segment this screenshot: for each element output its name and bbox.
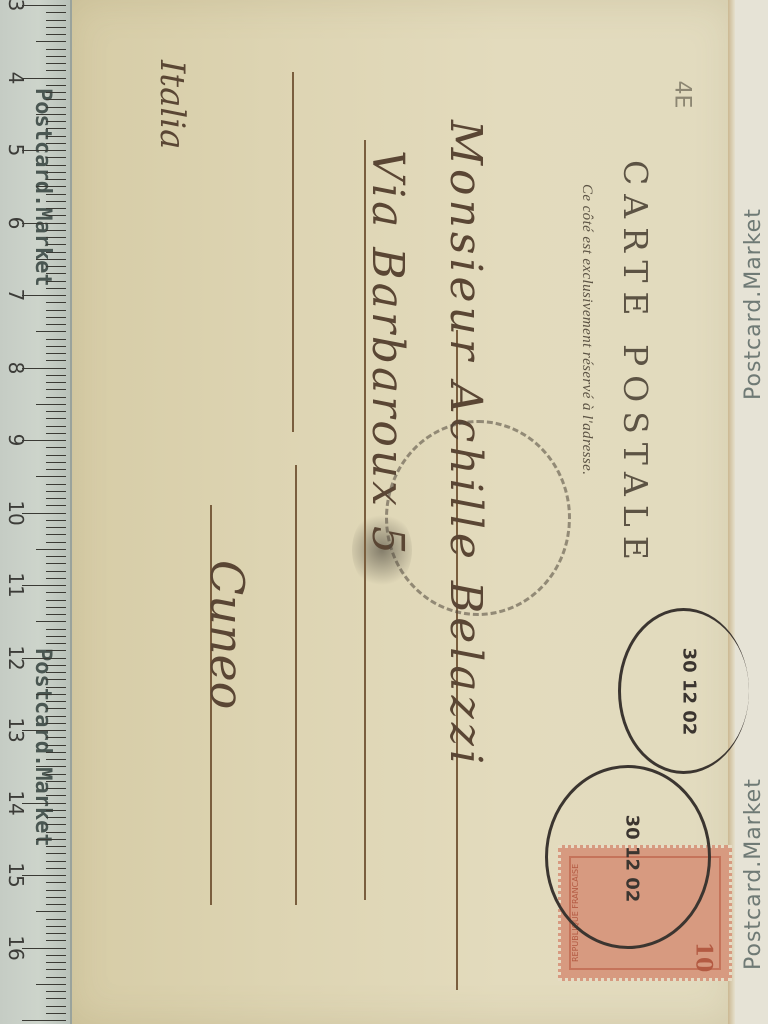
ruler-tick [46, 165, 66, 166]
ruler-tick [46, 607, 66, 608]
ruler-tick [46, 121, 66, 122]
ruler-tick [46, 940, 66, 941]
ruler-tick [46, 556, 66, 557]
watermark-top: Postcard.Market [741, 70, 766, 400]
ruler-number: 8 [4, 354, 28, 382]
ruler-number: 9 [4, 426, 28, 454]
ruler-tick [46, 63, 66, 64]
card-title: CARTE POSTALE [616, 160, 655, 569]
ruler-tick [36, 984, 66, 985]
ruler-tick [46, 846, 66, 847]
ruler-tick [46, 353, 66, 354]
ruler-tick [46, 832, 66, 833]
ruler-brand-top: Postcard.Market [30, 88, 55, 287]
faint-postmark [385, 420, 571, 616]
ruler-number: 7 [4, 281, 28, 309]
ruler-tick [46, 969, 66, 970]
ruler-tick [46, 281, 66, 282]
ruler-tick [46, 310, 66, 311]
ruler-tick [36, 404, 66, 405]
ruler-tick [46, 382, 66, 383]
ruler-tick [46, 85, 66, 86]
ruler-tick [46, 1006, 66, 1007]
ruler-tick [46, 955, 66, 956]
ruler-tick [22, 440, 66, 441]
ruler-tick [46, 244, 66, 245]
card-subtitle: Ce côté est exclusivement réservé à l'ad… [578, 184, 595, 475]
ruler-tick [46, 723, 66, 724]
ruler-tick [46, 302, 66, 303]
ruler-tick [46, 643, 66, 644]
ruler-tick [46, 172, 66, 173]
ruler-tick [46, 107, 66, 108]
ruler-number: 4 [4, 64, 28, 92]
ruler-tick [22, 5, 66, 6]
ruler-tick [36, 41, 66, 42]
ruler-tick [46, 411, 66, 412]
ruler-tick [36, 186, 66, 187]
handwriting-city: Cuneo [200, 560, 254, 709]
ruler-tick [22, 730, 66, 731]
ruler-tick [22, 513, 66, 514]
ruler-number: 3 [4, 0, 28, 19]
ruler-tick [46, 136, 66, 137]
ruler-tick [46, 194, 66, 195]
ruler-tick [46, 426, 66, 427]
ruler-tick [46, 861, 66, 862]
ruler-tick [46, 716, 66, 717]
ruler-tick [46, 781, 66, 782]
ruler-tick [46, 375, 66, 376]
pencil-mark: 4E [669, 81, 694, 109]
ruler-tick [46, 933, 66, 934]
ruler-tick [36, 766, 66, 767]
ruler-tick [36, 694, 66, 695]
ruler-tick [46, 92, 66, 93]
ruler-tick [46, 824, 66, 825]
ruler-tick [46, 614, 66, 615]
ruler-tick [46, 469, 66, 470]
ruler-tick [46, 273, 66, 274]
ruler-tick [36, 331, 66, 332]
ruler-tick [46, 687, 66, 688]
ruler-tick [46, 34, 66, 35]
ruler-tick [46, 737, 66, 738]
handwriting-country: Italia [152, 60, 192, 149]
ruler-tick [46, 977, 66, 978]
ruler-tick [46, 498, 66, 499]
ruler-tick [46, 520, 66, 521]
ruler-tick [46, 252, 66, 253]
ruler-tick [46, 868, 66, 869]
ruler-tick [46, 462, 66, 463]
ruler-number: 15 [4, 861, 28, 889]
ruler-tick [46, 882, 66, 883]
ruler-tick [22, 150, 66, 151]
ruler-tick [46, 157, 66, 158]
ruler-tick [46, 788, 66, 789]
ruler-tick [46, 745, 66, 746]
ruler-tick [36, 839, 66, 840]
ruler-tick [36, 114, 66, 115]
ruler-tick [46, 636, 66, 637]
ruler-tick [46, 505, 66, 506]
address-rule-2b [295, 465, 297, 905]
ruler-tick [46, 701, 66, 702]
ruler-tick [22, 78, 66, 79]
ruler-tick [46, 27, 66, 28]
ruler-tick [46, 266, 66, 267]
ruler-tick [46, 397, 66, 398]
ruler-tick [46, 991, 66, 992]
ruler-tick [46, 455, 66, 456]
ruler-tick [46, 853, 66, 854]
ruler-tick [46, 708, 66, 709]
ruler-tick [46, 759, 66, 760]
ruler-tick [46, 346, 66, 347]
ruler-tick [46, 208, 66, 209]
ruler-number: 11 [4, 571, 28, 599]
ruler-tick [46, 904, 66, 905]
ruler-tick [46, 484, 66, 485]
ruler-number: 13 [4, 716, 28, 744]
ruler-tick [46, 70, 66, 71]
ruler-tick [46, 128, 66, 129]
ruler-tick [22, 1020, 66, 1021]
ruler-number: 6 [4, 209, 28, 237]
ruler-tick [46, 926, 66, 927]
ruler-tick [46, 919, 66, 920]
ruler-number: 10 [4, 499, 28, 527]
ruler-tick [46, 317, 66, 318]
ruler-tick [46, 12, 66, 13]
ruler-tick [46, 774, 66, 775]
ruler-tick [22, 658, 66, 659]
ruler-number: 12 [4, 644, 28, 672]
ruler-tick [46, 571, 66, 572]
ruler-tick [36, 621, 66, 622]
ruler-tick [46, 752, 66, 753]
ruler-tick [46, 56, 66, 57]
ruler-tick [46, 49, 66, 50]
ruler-tick [46, 215, 66, 216]
ruler-tick [46, 810, 66, 811]
ruler-tick [46, 890, 66, 891]
ruler-tick [36, 549, 66, 550]
ruler: Postcard.Market Postcard.Market 34567891… [0, 0, 72, 1024]
ruler-tick [46, 143, 66, 144]
ruler-tick [46, 592, 66, 593]
ruler-tick [46, 542, 66, 543]
ruler-tick [46, 665, 66, 666]
ruler-tick [46, 179, 66, 180]
ruler-number: 14 [4, 789, 28, 817]
ruler-tick [46, 795, 66, 796]
ruler-tick [22, 585, 66, 586]
ruler-number: 16 [4, 934, 28, 962]
address-rule-2a [292, 72, 294, 432]
ruler-tick [46, 20, 66, 21]
ruler-tick [46, 360, 66, 361]
ruler-tick [22, 295, 66, 296]
ruler-tick [46, 339, 66, 340]
ruler-tick [46, 578, 66, 579]
ruler-tick [46, 1013, 66, 1014]
ruler-tick [46, 962, 66, 963]
ruler-tick [22, 368, 66, 369]
ruler-tick [46, 389, 66, 390]
postmark-upper: 30 12 02 [618, 608, 749, 774]
ruler-tick [46, 527, 66, 528]
ruler-tick [22, 223, 66, 224]
ruler-tick [46, 534, 66, 535]
ruler-tick [46, 600, 66, 601]
ruler-tick [46, 237, 66, 238]
postmark-upper-date: 30 12 02 [678, 648, 699, 736]
ruler-tick [22, 948, 66, 949]
postmark-lower-date: 30 12 02 [621, 815, 642, 903]
ruler-tick [46, 650, 66, 651]
ruler-tick [46, 817, 66, 818]
ruler-tick [22, 803, 66, 804]
ruler-tick [46, 288, 66, 289]
ruler-tick [46, 491, 66, 492]
ruler-tick [46, 629, 66, 630]
ruler-tick [36, 259, 66, 260]
ruler-tick [46, 679, 66, 680]
ruler-tick [46, 201, 66, 202]
ruler-tick [46, 672, 66, 673]
postmark-lower: 30 12 02 [545, 765, 711, 949]
ruler-number: 5 [4, 136, 28, 164]
ruler-tick [46, 447, 66, 448]
ruler-tick [46, 563, 66, 564]
ruler-tick [36, 476, 66, 477]
ruler-tick [46, 418, 66, 419]
stamp-value: 10 [691, 942, 717, 973]
ruler-tick [46, 998, 66, 999]
ruler-tick [46, 99, 66, 100]
ruler-tick [46, 433, 66, 434]
ruler-tick [46, 897, 66, 898]
ruler-tick [36, 911, 66, 912]
ruler-tick [46, 324, 66, 325]
ruler-tick [46, 230, 66, 231]
ruler-tick [22, 875, 66, 876]
